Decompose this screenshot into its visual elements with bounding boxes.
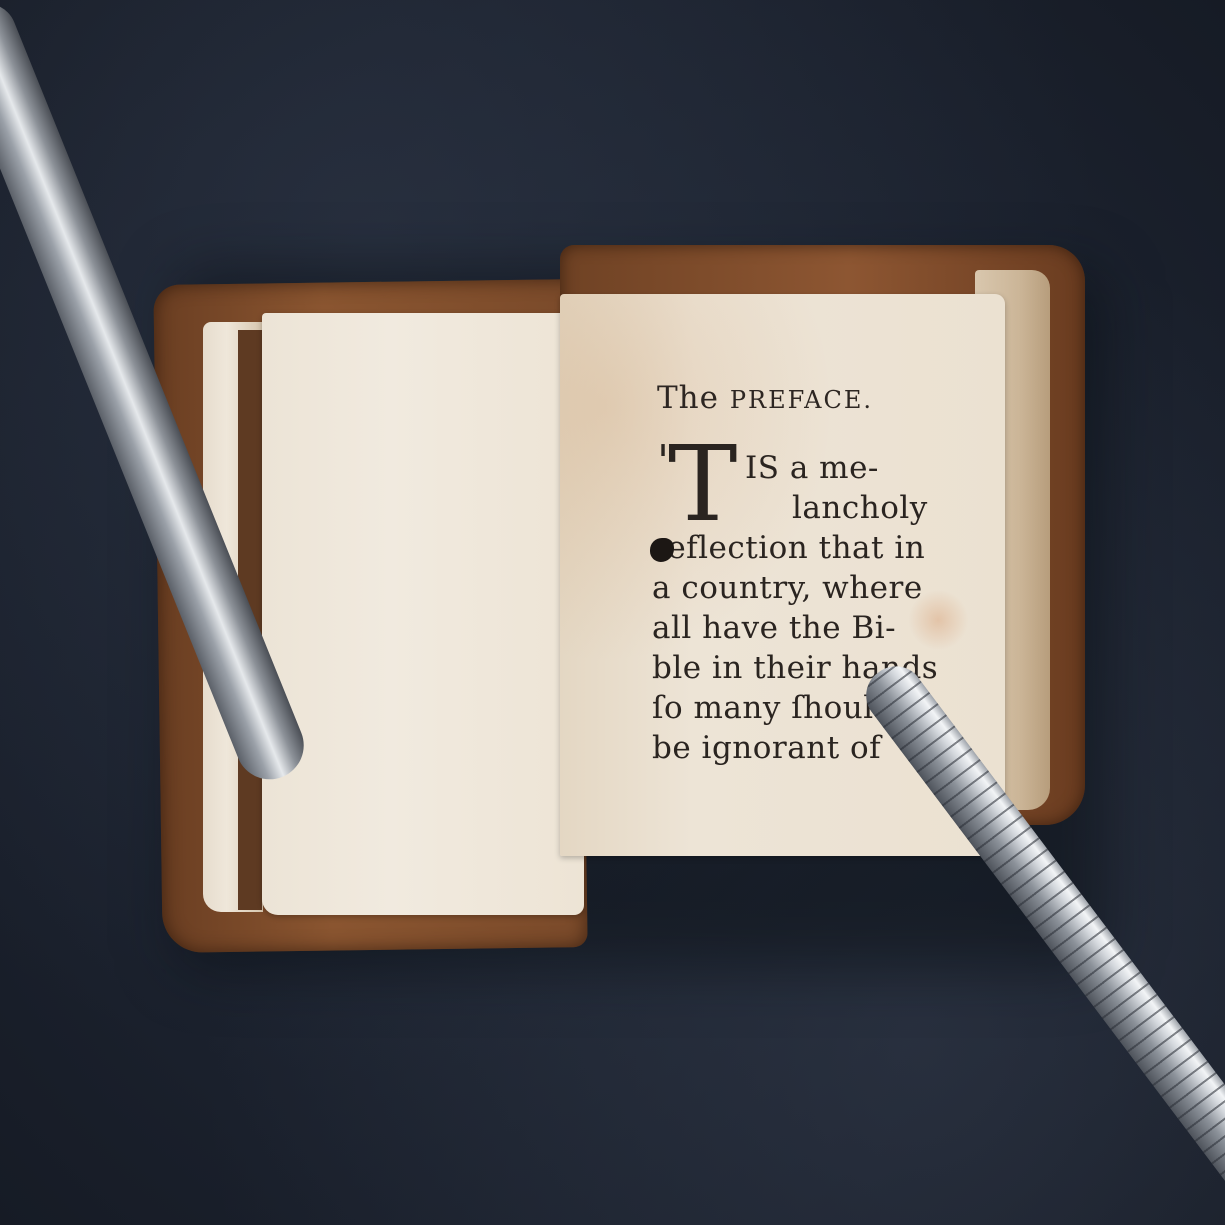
drop-cap-letter: T: [668, 432, 737, 536]
text-line-8: be ignorant of: [652, 730, 881, 766]
text-line-4: a country, where: [652, 570, 923, 606]
text-line-5: all have the Bi-: [652, 610, 896, 646]
text-line-3: reflection that in: [652, 530, 925, 566]
text-line-1: IS a me-: [745, 450, 879, 486]
text-line-2: lancholy: [792, 490, 928, 526]
running-head-preface: PREFACE.: [730, 386, 873, 414]
text-line-7: ſo many ſhould: [652, 690, 894, 726]
running-head-the: The: [657, 380, 730, 416]
blank-left-page: [262, 313, 584, 915]
running-head: The PREFACE.: [657, 380, 873, 416]
